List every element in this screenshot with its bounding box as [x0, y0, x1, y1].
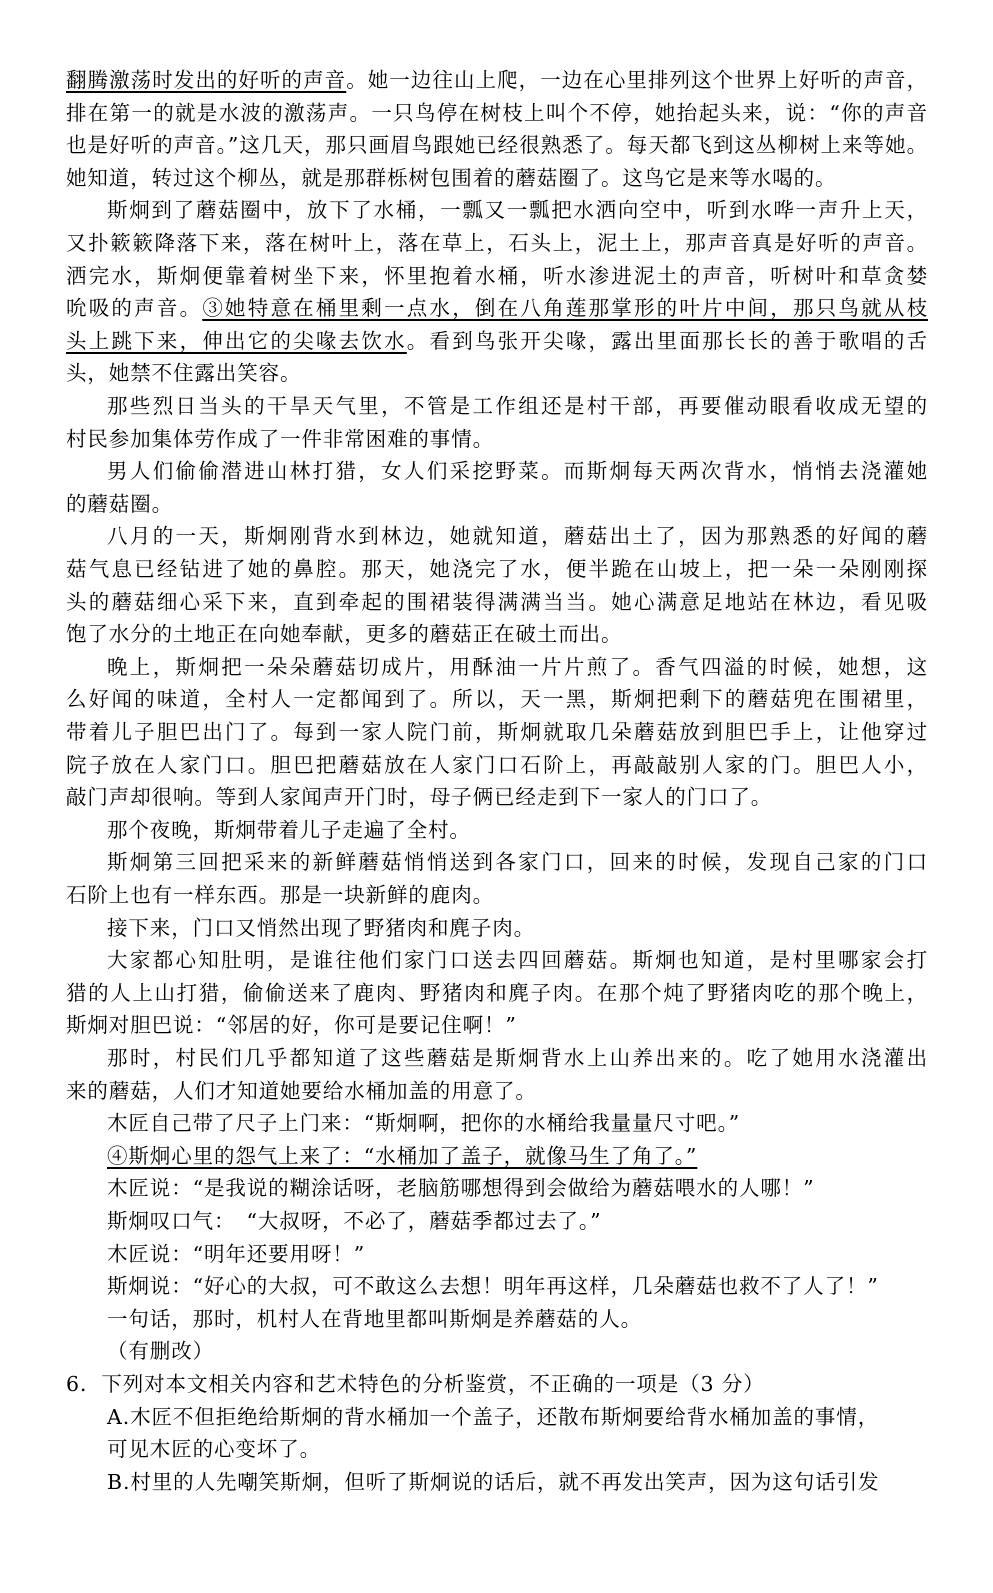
text-segment: 斯炯到了蘑菇圈中，放下了水桶，一瓢又一瓢把水洒向空中，听到水哗一声升上天， [107, 198, 928, 222]
text-segment: 斯炯叹口气： “大叔呀，不必了，蘑菇季都过去了。” [107, 1209, 601, 1233]
text-line: 木匠说：“明年还要用呀！” [107, 1241, 928, 1267]
text-segment: 头，她禁不住露出笑容。 [66, 361, 301, 385]
text-segment: 6．下列对本文相关内容和艺术特色的分析鉴赏，不正确的一项是（3 分） [66, 1372, 765, 1396]
text-line: 斯炯对胆巴说：“邻居的好，你可是要记住啊！” [66, 1012, 928, 1038]
text-segment: 菇气息已经钻进了她的鼻腔。那天，她浇完了水，便半跪在山坡上，把一朵一朵刚刚探 [66, 557, 928, 581]
text-line: 石阶上也有一样东西。那是一块新鲜的鹿肉。 [66, 882, 928, 908]
text-segment: 晚上，斯炯把一朵朵蘑菇切成片，用酥油一片片煎了。香气四溢的时候，她想，这 [107, 655, 928, 679]
text-segment: 木匠说：“明年还要用呀！” [107, 1242, 365, 1266]
underlined-text: 头上跳下来，伸出它的尖喙去饮水 [66, 329, 407, 353]
text-segment: 那个夜晚，斯炯带着儿子走遍了全村。 [107, 818, 471, 842]
text-line: 可见木匠的心变坏了。 [107, 1436, 928, 1462]
text-line: 猎的人上山打猎，偷偷送来了鹿肉、野猪肉和麂子肉。在那个炖了野猪肉吃的那个晚上， [66, 980, 928, 1006]
text-line: 菇气息已经钻进了她的鼻腔。那天，她浇完了水，便半跪在山坡上，把一朵一朵刚刚探 [66, 556, 928, 582]
text-segment: 带着儿子胆巴出门了。每到一家人院门前，斯炯就取几朵蘑菇放到胆巴手上，让他穿过 [66, 720, 928, 744]
text-line: A.木匠不但拒绝给斯炯的背水桶加一个盖子，还散布斯炯要给背水桶加盖的事情， [107, 1404, 928, 1430]
text-line: 村民参加集体劳作成了一件非常困难的事情。 [66, 426, 928, 452]
text-segment: 。她一边往山上爬，一边在心里排列这个世界上好听的声音， [346, 68, 928, 92]
text-segment: 木匠说：“是我说的糊涂话呀，老脑筋哪想得到会做给为蘑菇喂水的人哪！” [107, 1176, 815, 1200]
text-line: 吮吸的声音。③她特意在桶里剩一点水，倒在八角莲那掌形的叶片中间，那只鸟就从枝 [66, 295, 928, 321]
document-page: 翻腾激荡时发出的好听的声音。她一边往山上爬，一边在心里排列这个世界上好听的声音，… [0, 0, 993, 1593]
text-segment: B.村里的人先嘲笑斯炯，但听了斯炯说的话后，就不再发出笑声，因为这句话引发 [107, 1470, 879, 1494]
text-line: 翻腾激荡时发出的好听的声音。她一边往山上爬，一边在心里排列这个世界上好听的声音， [66, 67, 928, 93]
text-line: 院子放在人家门口。胆巴把蘑菇放在人家门口石阶上，再敲敲别人家的门。胆巴人小， [66, 752, 928, 778]
text-line: B.村里的人先嘲笑斯炯，但听了斯炯说的话后，就不再发出笑声，因为这句话引发 [107, 1469, 928, 1495]
text-line: 来的蘑菇，人们才知道她要给水桶加盖的用意了。 [66, 1078, 928, 1104]
text-segment: 院子放在人家门口。胆巴把蘑菇放在人家门口石阶上，再敲敲别人家的门。胆巴人小， [66, 753, 928, 777]
text-line: 斯炯第三回把采来的新鲜蘑菇悄悄送到各家门口，回来的时候，发现自己家的门口 [107, 849, 928, 875]
text-segment: 来的蘑菇，人们才知道她要给水桶加盖的用意了。 [66, 1079, 537, 1103]
text-segment: A.木匠不但拒绝给斯炯的背水桶加一个盖子，还散布斯炯要给背水桶加盖的事情， [107, 1405, 879, 1429]
text-line: 晚上，斯炯把一朵朵蘑菇切成片，用酥油一片片煎了。香气四溢的时候，她想，这 [107, 654, 928, 680]
text-line: 一句话，那时，机村人在背地里都叫斯炯是养蘑菇的人。 [107, 1306, 928, 1332]
text-segment: 的蘑菇圈。 [66, 492, 173, 516]
text-line: 木匠说：“是我说的糊涂话呀，老脑筋哪想得到会做给为蘑菇喂水的人哪！” [107, 1175, 928, 1201]
text-line: 又扑簌簌降落下来，落在树叶上，落在草上，石头上，泥土上，那声音真是好听的声音。 [66, 230, 928, 256]
text-segment: 接下来，门口又悄然出现了野猪肉和麂子肉。 [107, 916, 535, 940]
text-segment: 斯炯说：“好心的大叔，可不敢这么去想！明年再这样，几朵蘑菇也救不了人了！” [107, 1274, 879, 1298]
text-segment: 洒完水，斯炯便靠着树坐下来，怀里抱着水桶，听水渗进泥土的声音，听树叶和草贪婪 [66, 264, 928, 288]
text-segment: 木匠自己带了尺子上门来：“斯炯啊，把你的水桶给我量量尺寸吧。” [107, 1111, 740, 1135]
text-segment: 斯炯对胆巴说：“邻居的好，你可是要记住啊！” [66, 1013, 517, 1037]
text-line: 八月的一天，斯炯刚背水到林边，她就知道，蘑菇出土了，因为那熟悉的好闻的蘑 [107, 523, 928, 549]
text-segment: 敲门声却很响。等到人家闻声开门时，母子俩已经走到下一家人的门口了。 [66, 785, 772, 809]
text-line: （有删改） [107, 1338, 928, 1364]
text-segment: 又扑簌簌降落下来，落在树叶上，落在草上，石头上，泥土上，那声音真是好听的声音。 [66, 231, 928, 255]
text-segment: 一句话，那时，机村人在背地里都叫斯炯是养蘑菇的人。 [107, 1307, 642, 1331]
text-line: 敲门声却很响。等到人家闻声开门时，母子俩已经走到下一家人的门口了。 [66, 784, 928, 810]
text-line: 接下来，门口又悄然出现了野猪肉和麂子肉。 [107, 915, 928, 941]
text-line: 排在第一的就是水波的激荡声。一只鸟停在树枝上叫个不停，她抬起头来，说：“你的声音 [66, 100, 928, 126]
text-line: 斯炯到了蘑菇圈中，放下了水桶，一瓢又一瓢把水洒向空中，听到水哗一声升上天， [107, 197, 928, 223]
text-line: ④斯炯心里的怨气上来了：“水桶加了盖子，就像马生了角了。” [107, 1143, 928, 1169]
text-segment: 村民参加集体劳作成了一件非常困难的事情。 [66, 427, 494, 451]
text-segment: 男人们偷偷潜进山林打猎，女人们采挖野菜。而斯炯每天两次背水，悄悄去浇灌她 [107, 459, 928, 483]
text-segment: 么好闻的味道，全村人一定都闻到了。所以，天一黑，斯炯把剩下的蘑菇兜在围裙里， [66, 687, 928, 711]
text-line: 那时，村民们几乎都知道了这些蘑菇是斯炯背水上山养出来的。吃了她用水浇灌出 [107, 1045, 928, 1071]
text-line: 6．下列对本文相关内容和艺术特色的分析鉴赏，不正确的一项是（3 分） [66, 1371, 928, 1397]
text-segment: 也是好听的声音。”这几天，那只画眉鸟跟她已经很熟悉了。每天都飞到这丛柳树上来等她… [66, 133, 928, 157]
text-segment: 猎的人上山打猎，偷偷送来了鹿肉、野猪肉和麂子肉。在那个炖了野猪肉吃的那个晚上， [66, 981, 928, 1005]
text-line: 木匠自己带了尺子上门来：“斯炯啊，把你的水桶给我量量尺寸吧。” [107, 1110, 928, 1136]
text-line: 饱了水分的土地正在向她奉献，更多的蘑菇正在破土而出。 [66, 621, 928, 647]
text-line: 男人们偷偷潜进山林打猎，女人们采挖野菜。而斯炯每天两次背水，悄悄去浇灌她 [107, 458, 928, 484]
text-segment: 八月的一天，斯炯刚背水到林边，她就知道，蘑菇出土了，因为那熟悉的好闻的蘑 [107, 524, 928, 548]
text-segment: 她知道，转过这个柳丛，就是那群栎树包围着的蘑菇圈了。这鸟它是来等水喝的。 [66, 166, 836, 190]
text-line: 带着儿子胆巴出门了。每到一家人院门前，斯炯就取几朵蘑菇放到胆巴手上，让他穿过 [66, 719, 928, 745]
text-segment: 。看到鸟张开尖喙，露出里面那长长的善于歌唱的舌 [407, 329, 928, 353]
text-segment: 斯炯第三回把采来的新鲜蘑菇悄悄送到各家门口，回来的时候，发现自己家的门口 [107, 850, 928, 874]
text-line: 她知道，转过这个柳丛，就是那群栎树包围着的蘑菇圈了。这鸟它是来等水喝的。 [66, 165, 928, 191]
text-segment: 饱了水分的土地正在向她奉献，更多的蘑菇正在破土而出。 [66, 622, 622, 646]
text-segment: 可见木匠的心变坏了。 [107, 1437, 321, 1461]
text-line: 也是好听的声音。”这几天，那只画眉鸟跟她已经很熟悉了。每天都飞到这丛柳树上来等她… [66, 132, 928, 158]
text-segment: 头的蘑菇细心采下来，直到牵起的围裙装得满满当当。她心满意足地站在林边，看见吸 [66, 590, 928, 614]
text-line: 么好闻的味道，全村人一定都闻到了。所以，天一黑，斯炯把剩下的蘑菇兜在围裙里， [66, 686, 928, 712]
underlined-text: 翻腾激荡时发出的好听的声音 [66, 68, 346, 92]
text-line: 那个夜晚，斯炯带着儿子走遍了全村。 [107, 817, 928, 843]
text-line: 头上跳下来，伸出它的尖喙去饮水。看到鸟张开尖喙，露出里面那长长的善于歌唱的舌 [66, 328, 928, 354]
text-segment: 排在第一的就是水波的激荡声。一只鸟停在树枝上叫个不停，她抬起头来，说：“你的声音 [66, 101, 928, 125]
text-line: 的蘑菇圈。 [66, 491, 928, 517]
underlined-text: ④斯炯心里的怨气上来了：“水桶加了盖子，就像马生了角了。” [107, 1144, 697, 1168]
text-line: 大家都心知肚明，是谁往他们家门口送去四回蘑菇。斯炯也知道，是村里哪家会打 [107, 947, 928, 973]
text-segment: 吮吸的声音。 [66, 296, 202, 320]
text-line: 斯炯说：“好心的大叔，可不敢这么去想！明年再这样，几朵蘑菇也救不了人了！” [107, 1273, 928, 1299]
text-line: 头的蘑菇细心采下来，直到牵起的围裙装得满满当当。她心满意足地站在林边，看见吸 [66, 589, 928, 615]
underlined-text: ③她特意在桶里剩一点水，倒在八角莲那掌形的叶片中间，那只鸟就从枝 [202, 296, 928, 320]
text-segment: 那些烈日当头的干旱天气里，不管是工作组还是村干部，再要催动眼看收成无望的 [107, 394, 928, 418]
text-segment: 大家都心知肚明，是谁往他们家门口送去四回蘑菇。斯炯也知道，是村里哪家会打 [107, 948, 928, 972]
text-line: 斯炯叹口气： “大叔呀，不必了，蘑菇季都过去了。” [107, 1208, 928, 1234]
text-segment: 石阶上也有一样东西。那是一块新鲜的鹿肉。 [66, 883, 494, 907]
text-line: 头，她禁不住露出笑容。 [66, 360, 928, 386]
text-line: 那些烈日当头的干旱天气里，不管是工作组还是村干部，再要催动眼看收成无望的 [107, 393, 928, 419]
text-segment: （有删改） [107, 1339, 214, 1363]
text-segment: 那时，村民们几乎都知道了这些蘑菇是斯炯背水上山养出来的。吃了她用水浇灌出 [107, 1046, 928, 1070]
text-line: 洒完水，斯炯便靠着树坐下来，怀里抱着水桶，听水渗进泥土的声音，听树叶和草贪婪 [66, 263, 928, 289]
